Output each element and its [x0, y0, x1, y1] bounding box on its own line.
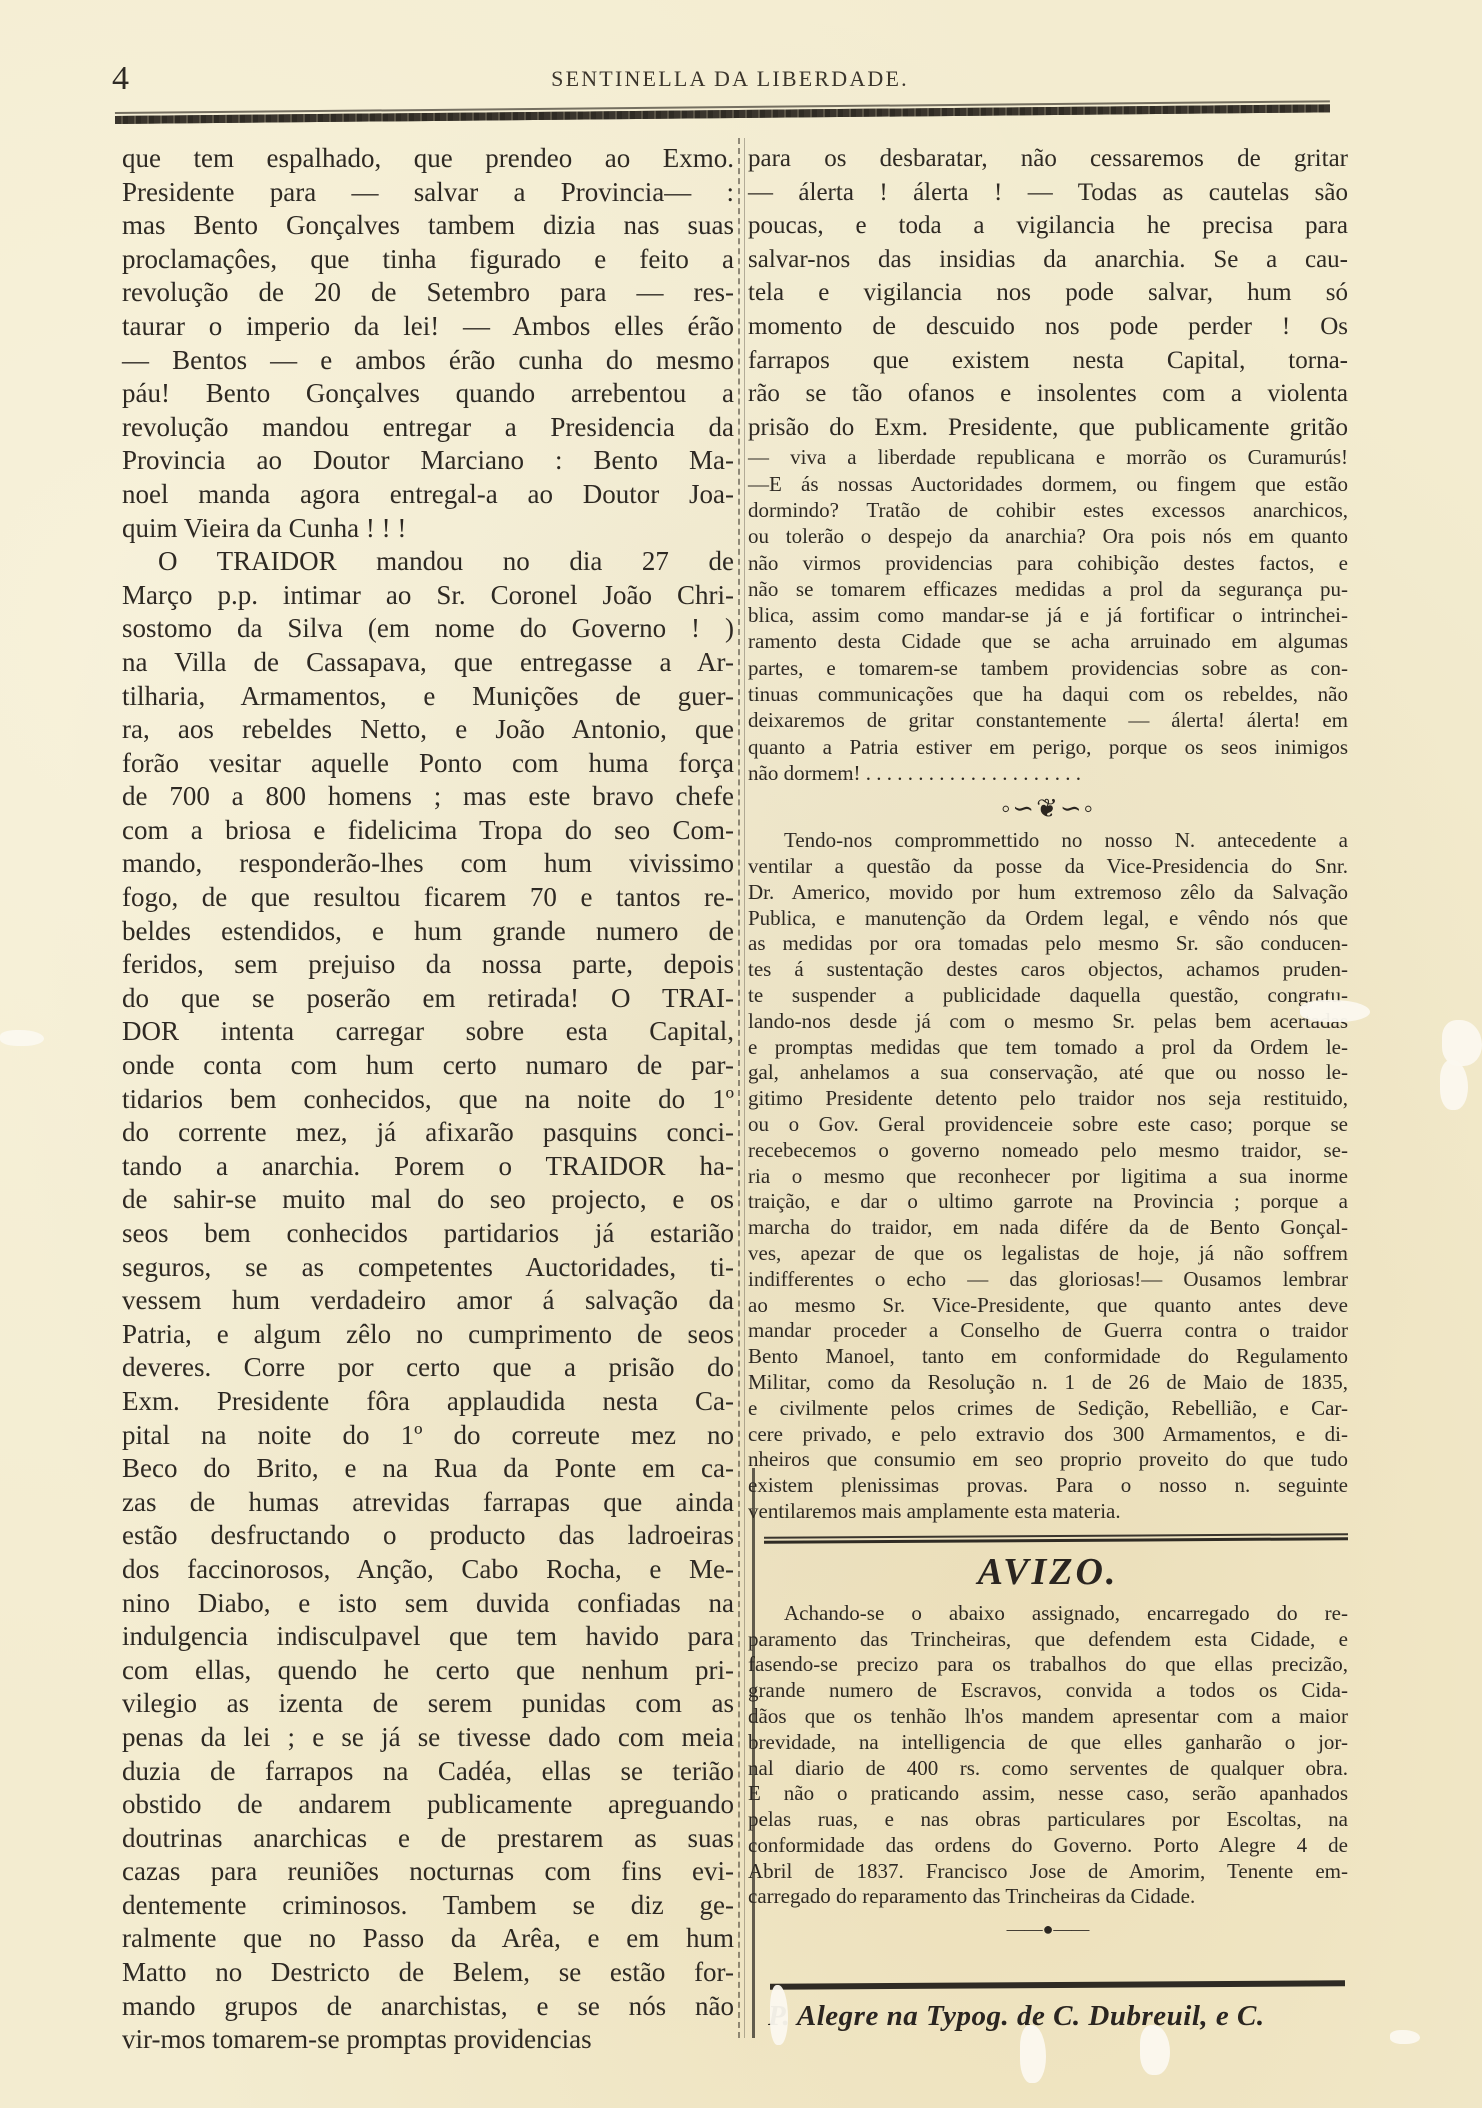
left-column: que tem espalhado, que prendeo ao Exmo.P… [122, 142, 734, 2057]
text-line: estão desfructando o producto das ladroe… [122, 1519, 734, 1553]
text-line: forão vesitar aquelle Ponto com huma for… [122, 747, 734, 781]
paper-damage-spot [1442, 1020, 1482, 1066]
text-line: Militar, como da Resolução n. 1 de 26 de… [748, 1370, 1348, 1396]
text-line: para os desbaratar, não cessaremos de gr… [748, 142, 1348, 176]
text-line: Tendo-nos comprommettido no nosso N. ant… [748, 828, 1348, 854]
text-line: deixaremos de gritar constantemente — ál… [748, 707, 1348, 733]
text-line: ou tolerão o despejo da anarchia? Ora po… [748, 523, 1348, 549]
text-line: mas Bento Gonçalves tambem dizia nas sua… [122, 209, 734, 243]
text-line: que tem espalhado, que prendeo ao Exmo. [122, 142, 734, 176]
imprint-rule [770, 1980, 1345, 1990]
text-line: tela e vigilancia nos pode salvar, hum s… [748, 276, 1348, 310]
text-line: indulgencia indisculpavel que tem havido… [122, 1620, 734, 1654]
text-line: Matto no Destricto de Belem, se estão fo… [122, 1956, 734, 1990]
article-continuation: para os desbaratar, não cessaremos de gr… [748, 142, 1348, 444]
text-line: gal, anhelamos a sua conservação, até qu… [748, 1060, 1348, 1086]
text-line: DOR intenta carregar sobre esta Capital, [122, 1015, 734, 1049]
article-continuation-small: — viva a liberdade republicana e morrão … [748, 444, 1348, 786]
text-line: gitimo Presidente detento pelo traidor n… [748, 1086, 1348, 1112]
text-line: Presidente para — salvar a Provincia— : [122, 176, 734, 210]
text-line: ralmente que no Passo da Arêa, e em hum [122, 1922, 734, 1956]
text-line: ria o mesmo que reconhecer por ligitima … [748, 1164, 1348, 1190]
text-line: penas da lei ; e se já se tivesse dado c… [122, 1721, 734, 1755]
text-line: seos bem conhecidos partidarios já estar… [122, 1217, 734, 1251]
notice-title: AVIZO. [748, 1549, 1348, 1595]
text-line: com a briosa e fidelicima Tropa do seo C… [122, 814, 734, 848]
text-line: marcha do traidor, em nada difére da de … [748, 1215, 1348, 1241]
text-line: com ellas, quendo he certo que nenhum pr… [122, 1654, 734, 1688]
notice-body: Achando-se o abaixo assignado, encarrega… [748, 1601, 1348, 1911]
text-line: não virmos providencias para cohibição d… [748, 550, 1348, 576]
text-line: mando, responderão-lhes com hum vivissim… [122, 847, 734, 881]
paper-damage-spot [1140, 2025, 1170, 2075]
text-line: do que se poserão em retirada! O TRAI- [122, 982, 734, 1016]
text-line: não dormem! . . . . . . . . . . . . . . … [748, 760, 1348, 786]
text-line: na Villa de Cassapava, que entregasse a … [122, 646, 734, 680]
text-line: vessem hum verdadeiro amor á salvação da [122, 1284, 734, 1318]
text-line: dãos que os tenhão lh'os mandem apresent… [748, 1704, 1348, 1730]
newspaper-page: 4 SENTINELLA DA LIBERDADE. que tem espal… [0, 0, 1482, 2108]
text-line: e promptas medidas que tem tomado a prol… [748, 1035, 1348, 1061]
paper-damage-spot [770, 1985, 788, 2045]
text-line: Patria, e algum zêlo no cumprimento de s… [122, 1318, 734, 1352]
text-line: dos faccinorosos, Anção, Cabo Rocha, e M… [122, 1553, 734, 1587]
text-line: duzia de farrapos na Cadéa, ellas se ter… [122, 1755, 734, 1789]
text-line: vir-mos tomarem-se promptas providencias [122, 2023, 734, 2057]
paper-damage-spot [1390, 2030, 1420, 2044]
text-line: farrapos que existem nesta Capital, torn… [748, 344, 1348, 378]
text-line: sostomo da Silva (em nome do Governo ! ) [122, 612, 734, 646]
text-line: ao mesmo Sr. Vice-Presidente, que quanto… [748, 1293, 1348, 1319]
text-line: prisão do Exm. Presidente, que publicame… [748, 411, 1348, 445]
text-line: lando-nos desde já com o mesmo Sr. pelas… [748, 1009, 1348, 1035]
text-line: zas de humas atrevidas farrapas que aind… [122, 1486, 734, 1520]
text-line: e civilmente pelos crimes de Sedição, Re… [748, 1396, 1348, 1422]
text-line: O TRAIDOR mandou no dia 27 de [122, 545, 734, 579]
text-line: de sahir-se muito mal do seo projecto, e… [122, 1183, 734, 1217]
text-line: páu! Bento Gonçalves quando arrebentou a [122, 377, 734, 411]
text-line: — álerta ! álerta ! — Todas as cautelas … [748, 176, 1348, 210]
right-column: para os desbaratar, não cessaremos de gr… [748, 142, 1348, 1942]
text-line: nheiros que consumio em seo proprio prov… [748, 1447, 1348, 1473]
text-line: blica, assim como mandar-se já e já fort… [748, 602, 1348, 628]
header-rule [115, 98, 1330, 126]
column-divider-line [744, 138, 745, 2038]
text-line: as medidas por ora tomadas pelo mesmo Sr… [748, 931, 1348, 957]
text-line: paramento das Trincheiras, que defendem … [748, 1627, 1348, 1653]
text-line: dormindo? Tratão de cohibir estes excess… [748, 497, 1348, 523]
text-line: ves, apezar de que os legalistas de hoje… [748, 1241, 1348, 1267]
text-line: seguros, se as competentes Auctoridades,… [122, 1251, 734, 1285]
text-line: tilharia, Armamentos, e Munições de guer… [122, 680, 734, 714]
text-line: obstido de andarem publicamente apreguan… [122, 1788, 734, 1822]
text-line: traição, e dar o ultimo garrote na Provi… [748, 1189, 1348, 1215]
text-line: ra, aos rebeldes Netto, e João Antonio, … [122, 713, 734, 747]
text-line: brevidade, na intelligencia de que elles… [748, 1730, 1348, 1756]
text-line: mando grupos de anarchistas, e se nós nã… [122, 1990, 734, 2024]
text-line: Exm. Presidente fôra applaudida nesta Ca… [122, 1385, 734, 1419]
text-line: do corrente mez, já afixarão pasquins co… [122, 1116, 734, 1150]
page-number: 4 [112, 62, 129, 96]
section-ornament-icon: ◦∽❦∽◦ [748, 794, 1348, 824]
text-line: não se tomarem efficazes medidas a prol … [748, 576, 1348, 602]
text-line: partes, e tomarem-se tambem providencias… [748, 655, 1348, 681]
text-line: poucas, e toda a vigilancia he precisa p… [748, 209, 1348, 243]
text-line: indifferentes o echo — das gloriosas!— O… [748, 1267, 1348, 1293]
column-divider [738, 138, 740, 2038]
text-line: noel manda agora entregal-a ao Doutor Jo… [122, 478, 734, 512]
text-line: dentemente criminosos. Tambem se diz ge- [122, 1889, 734, 1923]
text-line: E não o praticando assim, nesse caso, se… [748, 1781, 1348, 1807]
text-line: grande numero de Escravos, convida a tod… [748, 1678, 1348, 1704]
text-line: Publica, e manutenção da Ordem legal, e … [748, 906, 1348, 932]
text-line: momento de descuido nos pode perder ! Os [748, 310, 1348, 344]
paper-damage-spot [0, 1030, 44, 1046]
paper-damage-spot [1300, 1000, 1370, 1022]
text-line: existem plenissimas provas. Para o nosso… [748, 1473, 1348, 1499]
text-line: beldes estendidos, e hum grande numero d… [122, 915, 734, 949]
text-line: conformidade das ordens do Governo. Port… [748, 1833, 1348, 1859]
text-line: fogo, de que resultou ficarem 70 e tanto… [122, 881, 734, 915]
text-line: — viva a liberdade republicana e morrão … [748, 444, 1348, 470]
text-line: Beco do Brito, e na Rua da Ponte em ca- [122, 1452, 734, 1486]
text-line: nal diario de 400 rs. como serventes de … [748, 1756, 1348, 1782]
paper-damage-spot [1440, 1060, 1468, 1110]
text-line: salvar-nos das insidias da anarchia. Se … [748, 243, 1348, 277]
text-line: fasendo-se precizo para os trabalhos do … [748, 1652, 1348, 1678]
text-line: Dr. Americo, movido por hum extremoso zê… [748, 880, 1348, 906]
text-line: Março p.p. intimar ao Sr. Coronel João C… [122, 579, 734, 613]
text-line: quanto a Patria estiver em perigo, porqu… [748, 734, 1348, 760]
text-line: ou o Gov. Geral providenceie sobre este … [748, 1112, 1348, 1138]
printer-imprint: P. Alegre na Typog. de C. Dubreuil, e C. [768, 1998, 1358, 2034]
masthead-title: SENTINELLA DA LIBERDADE. [470, 66, 990, 92]
text-line: revolução de 20 de Setembro para — res- [122, 276, 734, 310]
end-ornament-icon: ——●—— [748, 1916, 1348, 1942]
text-line: onde conta com hum certo numaro de par- [122, 1049, 734, 1083]
text-line: ramento desta Cidade que se acha arruina… [748, 628, 1348, 654]
text-line: — Bentos — e ambos érão cunha do mesmo [122, 344, 734, 378]
text-line: tinuas communicações que ha daqui com os… [748, 681, 1348, 707]
text-line: revolução mandou entregar a Presidencia … [122, 411, 734, 445]
text-line: Bento Manoel, tanto em conformidade do R… [748, 1344, 1348, 1370]
text-line: Provincia ao Doutor Marciano : Bento Ma- [122, 444, 734, 478]
text-line: Abril de 1837. Francisco Jose de Amorim,… [748, 1859, 1348, 1885]
text-line: cazas para reuniões nocturnas com fins e… [122, 1855, 734, 1889]
text-line: —E ás nossas Auctoridades dormem, ou fin… [748, 471, 1348, 497]
text-line: vilegio as izenta de serem punidas com a… [122, 1687, 734, 1721]
vice-presidency-article: Tendo-nos comprommettido no nosso N. ant… [748, 828, 1348, 1525]
text-line: taurar o imperio da lei! — Ambos elles é… [122, 310, 734, 344]
text-line: mandar proceder a Conselho de Guerra con… [748, 1318, 1348, 1344]
text-line: ventilar a questão da posse da Vice-Pres… [748, 854, 1348, 880]
text-line: feridos, sem prejuiso da nossa parte, de… [122, 948, 734, 982]
text-line: te suspender a publicidade daquella ques… [748, 983, 1348, 1009]
text-line: rão se tão ofanos e insolentes com a vio… [748, 377, 1348, 411]
text-line: cere privado, e pelo extravio dos 300 Ar… [748, 1422, 1348, 1448]
text-line: nino Diabo, e isto sem duvida confiadas … [122, 1587, 734, 1621]
text-line: proclamaçôes, que tinha figurado e feito… [122, 243, 734, 277]
text-line: doutrinas anarchicas e de prestarem as s… [122, 1822, 734, 1856]
text-line: Achando-se o abaixo assignado, encarrega… [748, 1601, 1348, 1627]
text-line: recebecemos o governo nomeado pelo mesmo… [748, 1138, 1348, 1164]
text-line: tando a anarchia. Porem o TRAIDOR ha- [122, 1150, 734, 1184]
text-line: carregado do reparamento das Trincheiras… [748, 1884, 1348, 1910]
text-line: pital na noite do 1º do correute mez no [122, 1419, 734, 1453]
text-line: deveres. Corre por certo que a prisão do [122, 1351, 734, 1385]
notice-side-rule [752, 1468, 755, 2038]
text-line: tidarios bem conhecidos, que na noite do… [122, 1083, 734, 1117]
text-line: de 700 a 800 homens ; mas este bravo che… [122, 780, 734, 814]
text-line: ventilaremos mais amplamente esta materi… [748, 1499, 1348, 1525]
section-rule [764, 1535, 1348, 1543]
text-line: pelas ruas, e nas obras particulares por… [748, 1807, 1348, 1833]
text-line: quim Vieira da Cunha ! ! ! [122, 512, 734, 546]
text-line: tes á sustentação destes caros objectos,… [748, 957, 1348, 983]
